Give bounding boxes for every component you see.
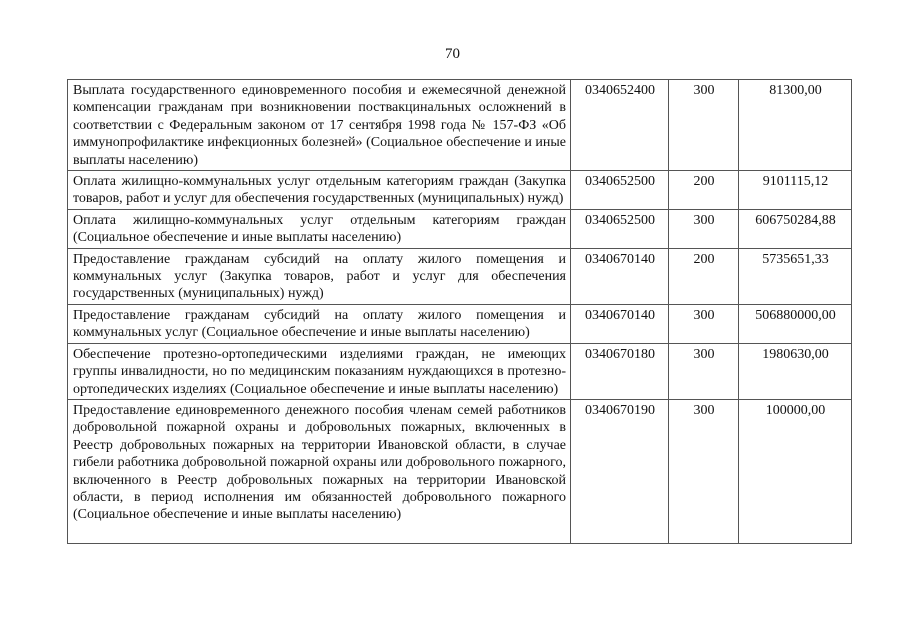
row-target-code: 0340652500 <box>571 209 669 248</box>
row-amount: 100000,00 <box>739 399 852 543</box>
row-expense-type: 300 <box>669 343 739 399</box>
table-row: Обеспечение протезно-ортопедическими изд… <box>68 343 852 399</box>
row-expense-type: 300 <box>669 209 739 248</box>
row-expense-type: 300 <box>669 399 739 543</box>
row-description: Оплата жилищно-коммунальных услуг отдель… <box>68 209 571 248</box>
page-number: 70 <box>0 46 905 63</box>
table-row: Предоставление гражданам субсидий на опл… <box>68 248 852 304</box>
row-amount: 81300,00 <box>739 80 852 171</box>
table-row: Оплата жилищно-коммунальных услуг отдель… <box>68 209 852 248</box>
row-description: Обеспечение протезно-ортопедическими изд… <box>68 343 571 399</box>
table-row: Предоставление гражданам субсидий на опл… <box>68 304 852 343</box>
budget-allocation-table: Выплата государственного единовременного… <box>67 79 852 544</box>
row-target-code: 0340670140 <box>571 304 669 343</box>
row-description: Выплата государственного единовременного… <box>68 80 571 171</box>
row-expense-type: 300 <box>669 304 739 343</box>
row-description: Предоставление единовременного денежного… <box>68 399 571 543</box>
row-description: Предоставление гражданам субсидий на опл… <box>68 304 571 343</box>
row-expense-type: 200 <box>669 248 739 304</box>
row-amount: 506880000,00 <box>739 304 852 343</box>
row-expense-type: 300 <box>669 80 739 171</box>
table-row: Оплата жилищно-коммунальных услуг отдель… <box>68 171 852 210</box>
row-target-code: 0340652500 <box>571 171 669 210</box>
row-target-code: 0340670140 <box>571 248 669 304</box>
table-row: Выплата государственного единовременного… <box>68 80 852 171</box>
row-amount: 1980630,00 <box>739 343 852 399</box>
row-description: Предоставление гражданам субсидий на опл… <box>68 248 571 304</box>
table-row: Предоставление единовременного денежного… <box>68 399 852 543</box>
row-target-code: 0340652400 <box>571 80 669 171</box>
row-expense-type: 200 <box>669 171 739 210</box>
row-description: Оплата жилищно-коммунальных услуг отдель… <box>68 171 571 210</box>
row-amount: 9101115,12 <box>739 171 852 210</box>
row-target-code: 0340670180 <box>571 343 669 399</box>
row-amount: 5735651,33 <box>739 248 852 304</box>
row-target-code: 0340670190 <box>571 399 669 543</box>
row-amount: 606750284,88 <box>739 209 852 248</box>
